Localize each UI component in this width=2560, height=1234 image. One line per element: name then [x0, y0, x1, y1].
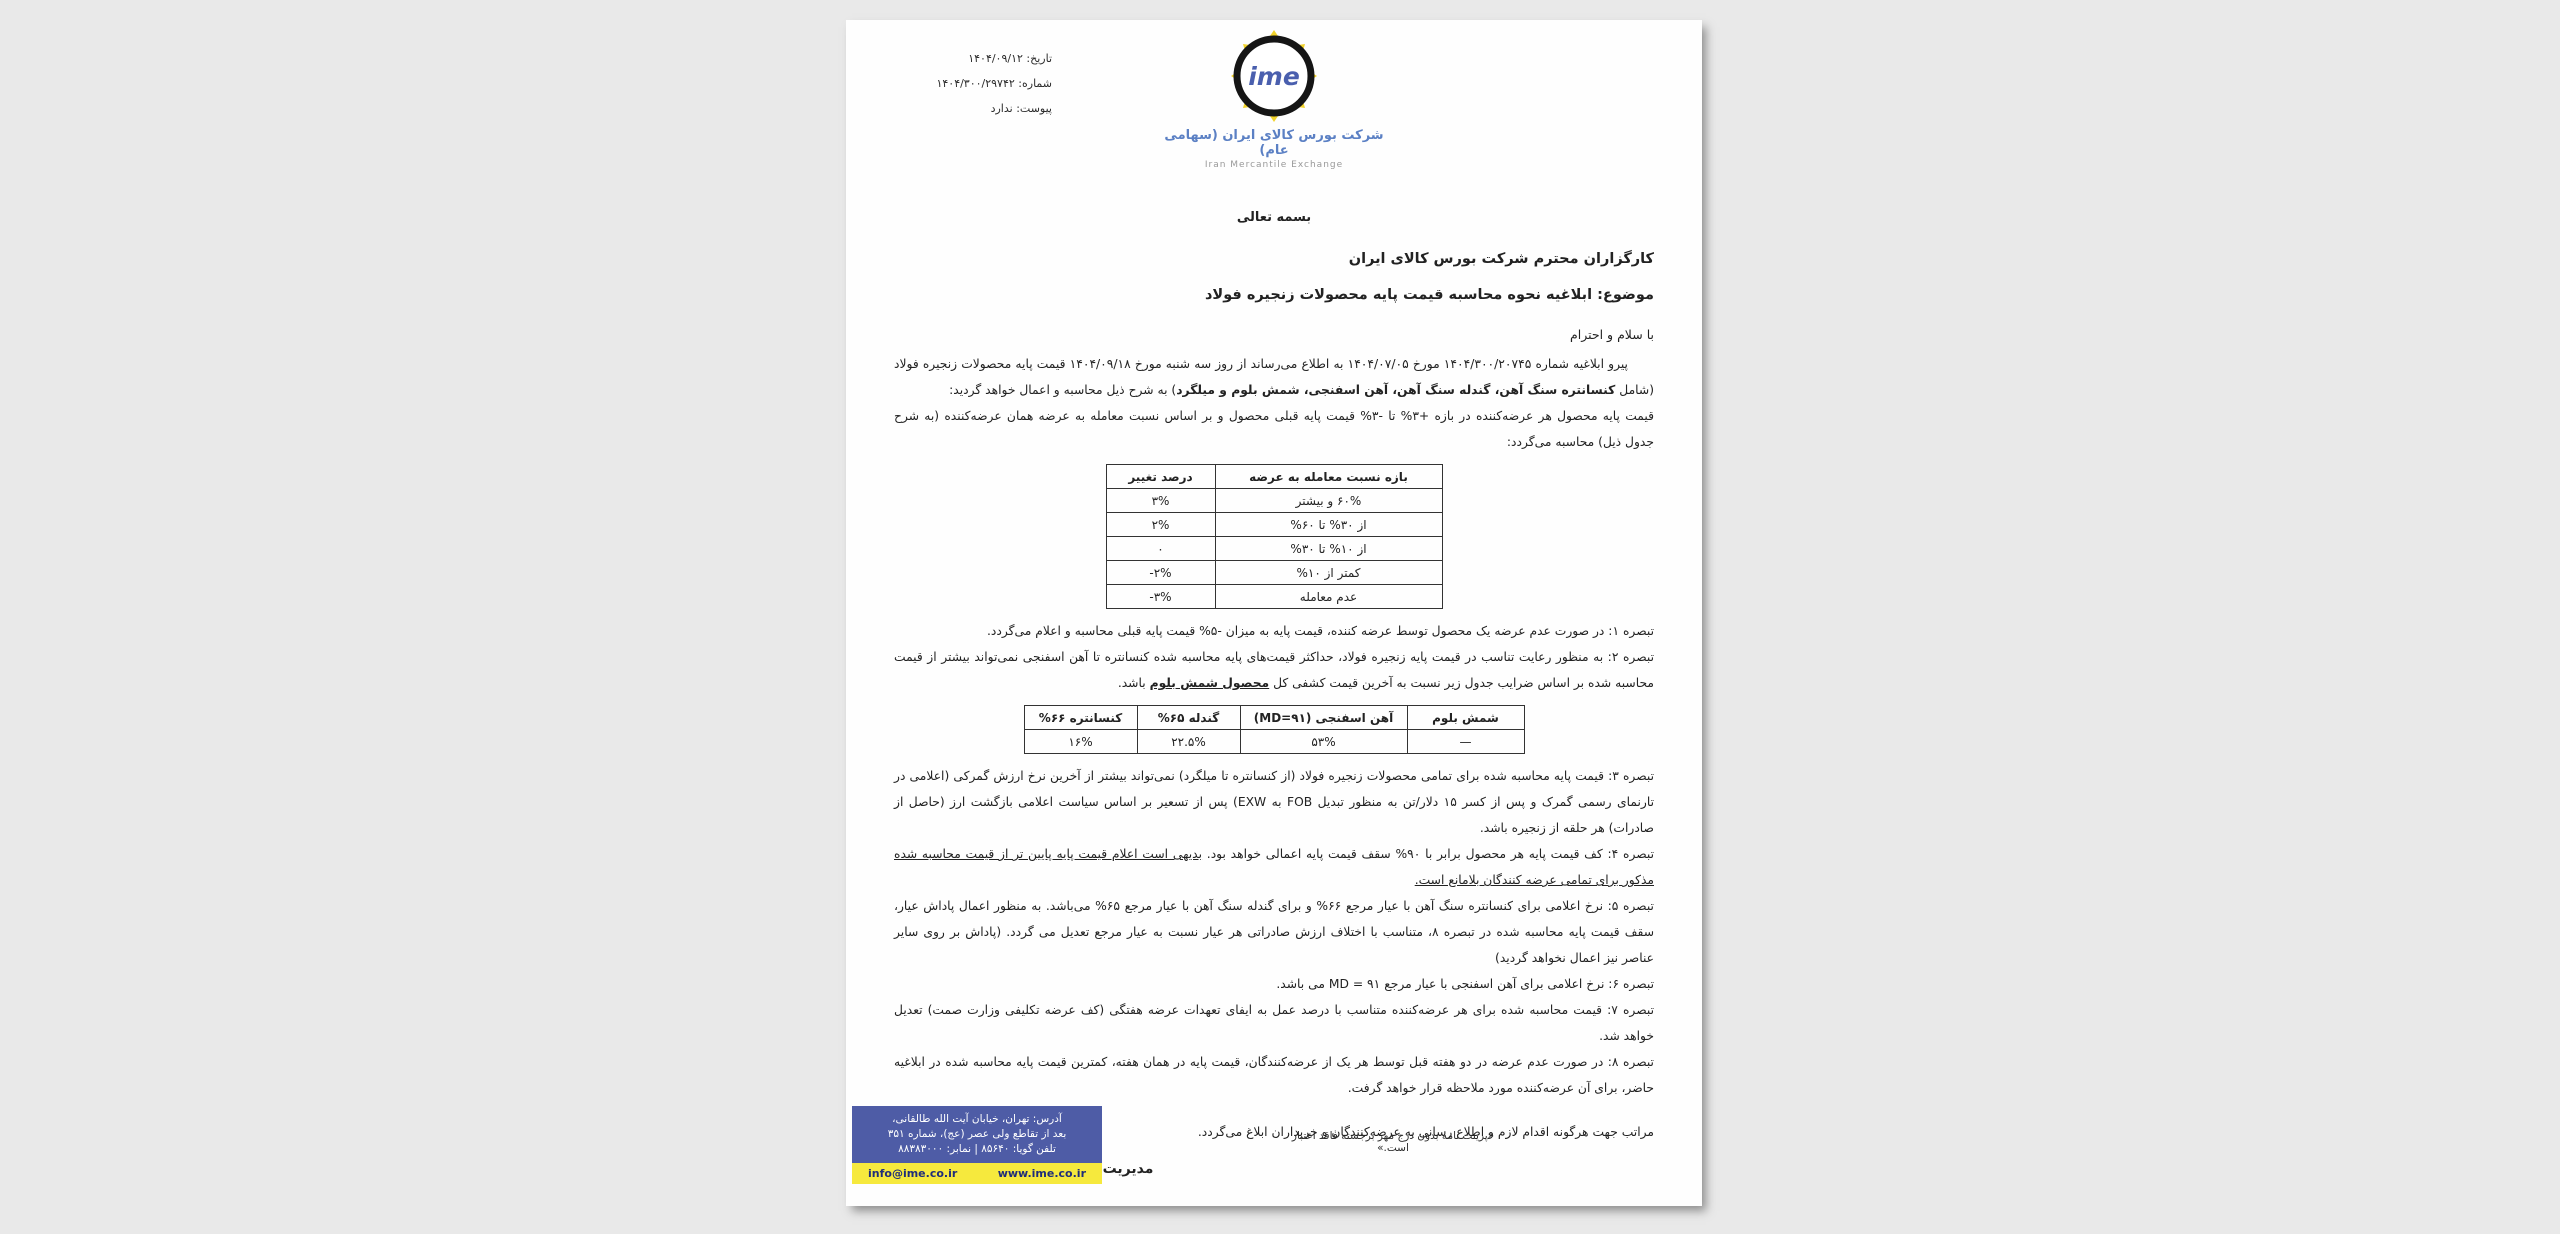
salutation: با سلام و احترام [894, 325, 1654, 345]
besmeleh: بسمه تعالی [894, 210, 1654, 225]
table-cell: ۵۳% [1240, 730, 1407, 754]
note-4-text: تبصره ۴: کف قیمت پایه هر محصول برابر با … [1202, 847, 1654, 861]
table-cell: -۲% [1106, 561, 1215, 585]
note-7: تبصره ۷: قیمت محاسبه شده برای هر عرضه‌کن… [894, 997, 1654, 1049]
recipient-line: کارگزاران محترم شرکت بورس کالای ایران [894, 249, 1654, 269]
table-row: عدم معامله-۳% [1106, 585, 1442, 609]
note-4: تبصره ۴: کف قیمت پایه هر محصول برابر با … [894, 841, 1654, 893]
letter-body: بسمه تعالی کارگزاران محترم شرکت بورس کال… [846, 210, 1702, 1177]
email-text: info@ime.co.ir [868, 1167, 957, 1180]
attachment-line: پیوست: ندارد [902, 96, 1052, 121]
table-row: از ۳۰% تا ۶۰%۲% [1106, 513, 1442, 537]
note-2: تبصره ۲: به منظور رعایت تناسب در قیمت پا… [894, 644, 1654, 696]
table-header-row: شمش بلوم آهن اسفنجی (MD=۹۱) گندله ۶۵% کن… [1024, 706, 1524, 730]
table-cell: ۲% [1106, 513, 1215, 537]
contact-strip: info@ime.co.ir www.ime.co.ir [852, 1163, 1102, 1184]
footer-contact-block: آدرس: تهران، خیابان آیت الله طالقانی، بع… [852, 1106, 1102, 1184]
attachment-label: پیوست: [1016, 102, 1052, 115]
note-1: تبصره ۱: در صورت عدم عرضه یک محصول توسط … [894, 618, 1654, 644]
table-cell: عدم معامله [1215, 585, 1442, 609]
brand-name-fa: شرکت بورس کالای ایران (سهامی عام) [1159, 128, 1389, 158]
letter-number-line: شماره: ۱۴۰۴/۳۰۰/۲۹۷۴۲ [902, 71, 1052, 96]
letterhead: تاریخ: ۱۴۰۴/۰۹/۱۲ شماره: ۱۴۰۴/۳۰۰/۲۹۷۴۲ … [846, 20, 1702, 198]
column-header-concentrate: کنسانتره ۶۶% [1024, 706, 1137, 730]
table-cell: ۱۶% [1024, 730, 1137, 754]
table-cell: -۳% [1106, 585, 1215, 609]
note-2-bold: محصول شمش بلوم [1150, 676, 1270, 690]
date-label: تاریخ: [1026, 52, 1052, 65]
ime-logo-icon: ime [1227, 30, 1321, 122]
table-cell: — [1407, 730, 1524, 754]
table-cell: ۶۰% و بیشتر [1215, 489, 1442, 513]
table-cell: ۳% [1106, 489, 1215, 513]
svg-text:ime: ime [1248, 62, 1300, 91]
subject-line: موضوع: ابلاغیه نحوه محاسبه قیمت پایه محص… [894, 285, 1654, 305]
table-cell: ۰ [1106, 537, 1215, 561]
table-cell: از ۳۰% تا ۶۰% [1215, 513, 1442, 537]
address-line: بعد از تقاطع ولی عصر (عج)، شماره ۳۵۱ [856, 1127, 1098, 1142]
address-box: آدرس: تهران، خیابان آیت الله طالقانی، بع… [852, 1106, 1102, 1163]
column-header-sponge-iron: آهن اسفنجی (MD=۹۱) [1240, 706, 1407, 730]
address-line: آدرس: تهران، خیابان آیت الله طالقانی، [856, 1112, 1098, 1127]
note-5: تبصره ۵: نرخ اعلامی برای کنسانتره سنگ آه… [894, 893, 1654, 971]
column-header-pellet: گندله ۶۵% [1137, 706, 1240, 730]
address-line: تلفن گویا: ۸۵۶۴۰ | نمابر: ۸۸۳۸۳۰۰۰ [856, 1142, 1098, 1157]
column-header-bloom-billet: شمش بلوم [1407, 706, 1524, 730]
letter-meta-block: تاریخ: ۱۴۰۴/۰۹/۱۲ شماره: ۱۴۰۴/۳۰۰/۲۹۷۴۲ … [902, 46, 1052, 121]
table-row: ۶۰% و بیشتر۳% [1106, 489, 1442, 513]
intro-products-bold: کنسانتره سنگ آهن، گندله سنگ آهن، آهن اسف… [1176, 383, 1615, 397]
note-3: تبصره ۳: قیمت پایه محاسبه شده برای تمامی… [894, 763, 1654, 841]
date-value: ۱۴۰۴/۰۹/۱۲ [968, 52, 1023, 65]
brand-name-en: Iran Mercantile Exchange [1159, 160, 1389, 170]
note-2-text-1: تبصره ۲: به منظور رعایت تناسب در قیمت پا… [894, 650, 1654, 690]
column-header-change-percent: درصد تغییر [1106, 465, 1215, 489]
table-cell: از ۱۰% تا ۳۰% [1215, 537, 1442, 561]
table-header-row: بازه نسبت معامله به عرضه درصد تغییر [1106, 465, 1442, 489]
table-row: کمتر از ۱۰%-۲% [1106, 561, 1442, 585]
intro-paragraph: پیرو ابلاغیه شماره ۱۴۰۴/۳۰۰/۲۰۷۴۵ مورخ ۱… [894, 351, 1654, 403]
table-row: —۵۳%۲۲.۵%۱۶% [1024, 730, 1524, 754]
number-label: شماره: [1018, 77, 1052, 90]
date-line: تاریخ: ۱۴۰۴/۰۹/۱۲ [902, 46, 1052, 71]
attachment-value: ندارد [991, 102, 1013, 115]
column-header-ratio-range: بازه نسبت معامله به عرضه [1215, 465, 1442, 489]
calculation-paragraph: قیمت پایه محصول هر عرضه‌کننده در بازه +۳… [894, 403, 1654, 455]
note-6: تبصره ۶: نرخ اعلامی برای آهن اسفنجی با ع… [894, 971, 1654, 997]
number-value: ۱۴۰۴/۳۰۰/۲۹۷۴۲ [936, 77, 1014, 90]
table-cell: کمتر از ۱۰% [1215, 561, 1442, 585]
note-2-text-2: باشد. [1118, 676, 1150, 690]
trade-ratio-table: بازه نسبت معامله به عرضه درصد تغییر ۶۰% … [1106, 464, 1443, 609]
table-cell: ۲۲.۵% [1137, 730, 1240, 754]
letter-page: تاریخ: ۱۴۰۴/۰۹/۱۲ شماره: ۱۴۰۴/۳۰۰/۲۹۷۴۲ … [846, 20, 1702, 1206]
ime-logo: ime شرکت بورس کالای ایران (سهامی عام) Ir… [1159, 30, 1389, 170]
coefficient-table: شمش بلوم آهن اسفنجی (MD=۹۱) گندله ۶۵% کن… [1024, 705, 1525, 754]
intro-text-2: ) به شرح ذیل محاسبه و اعمال خواهد گردید: [949, 383, 1176, 397]
table-row: از ۱۰% تا ۳۰%۰ [1106, 537, 1442, 561]
note-8: تبصره ۸: در صورت عدم عرضه در دو هفته قبل… [894, 1049, 1654, 1101]
print-validity-note: «پرینت نامه بدون درج مهر برجسته فاقد اعت… [1288, 1130, 1498, 1154]
website-text: www.ime.co.ir [998, 1167, 1086, 1180]
